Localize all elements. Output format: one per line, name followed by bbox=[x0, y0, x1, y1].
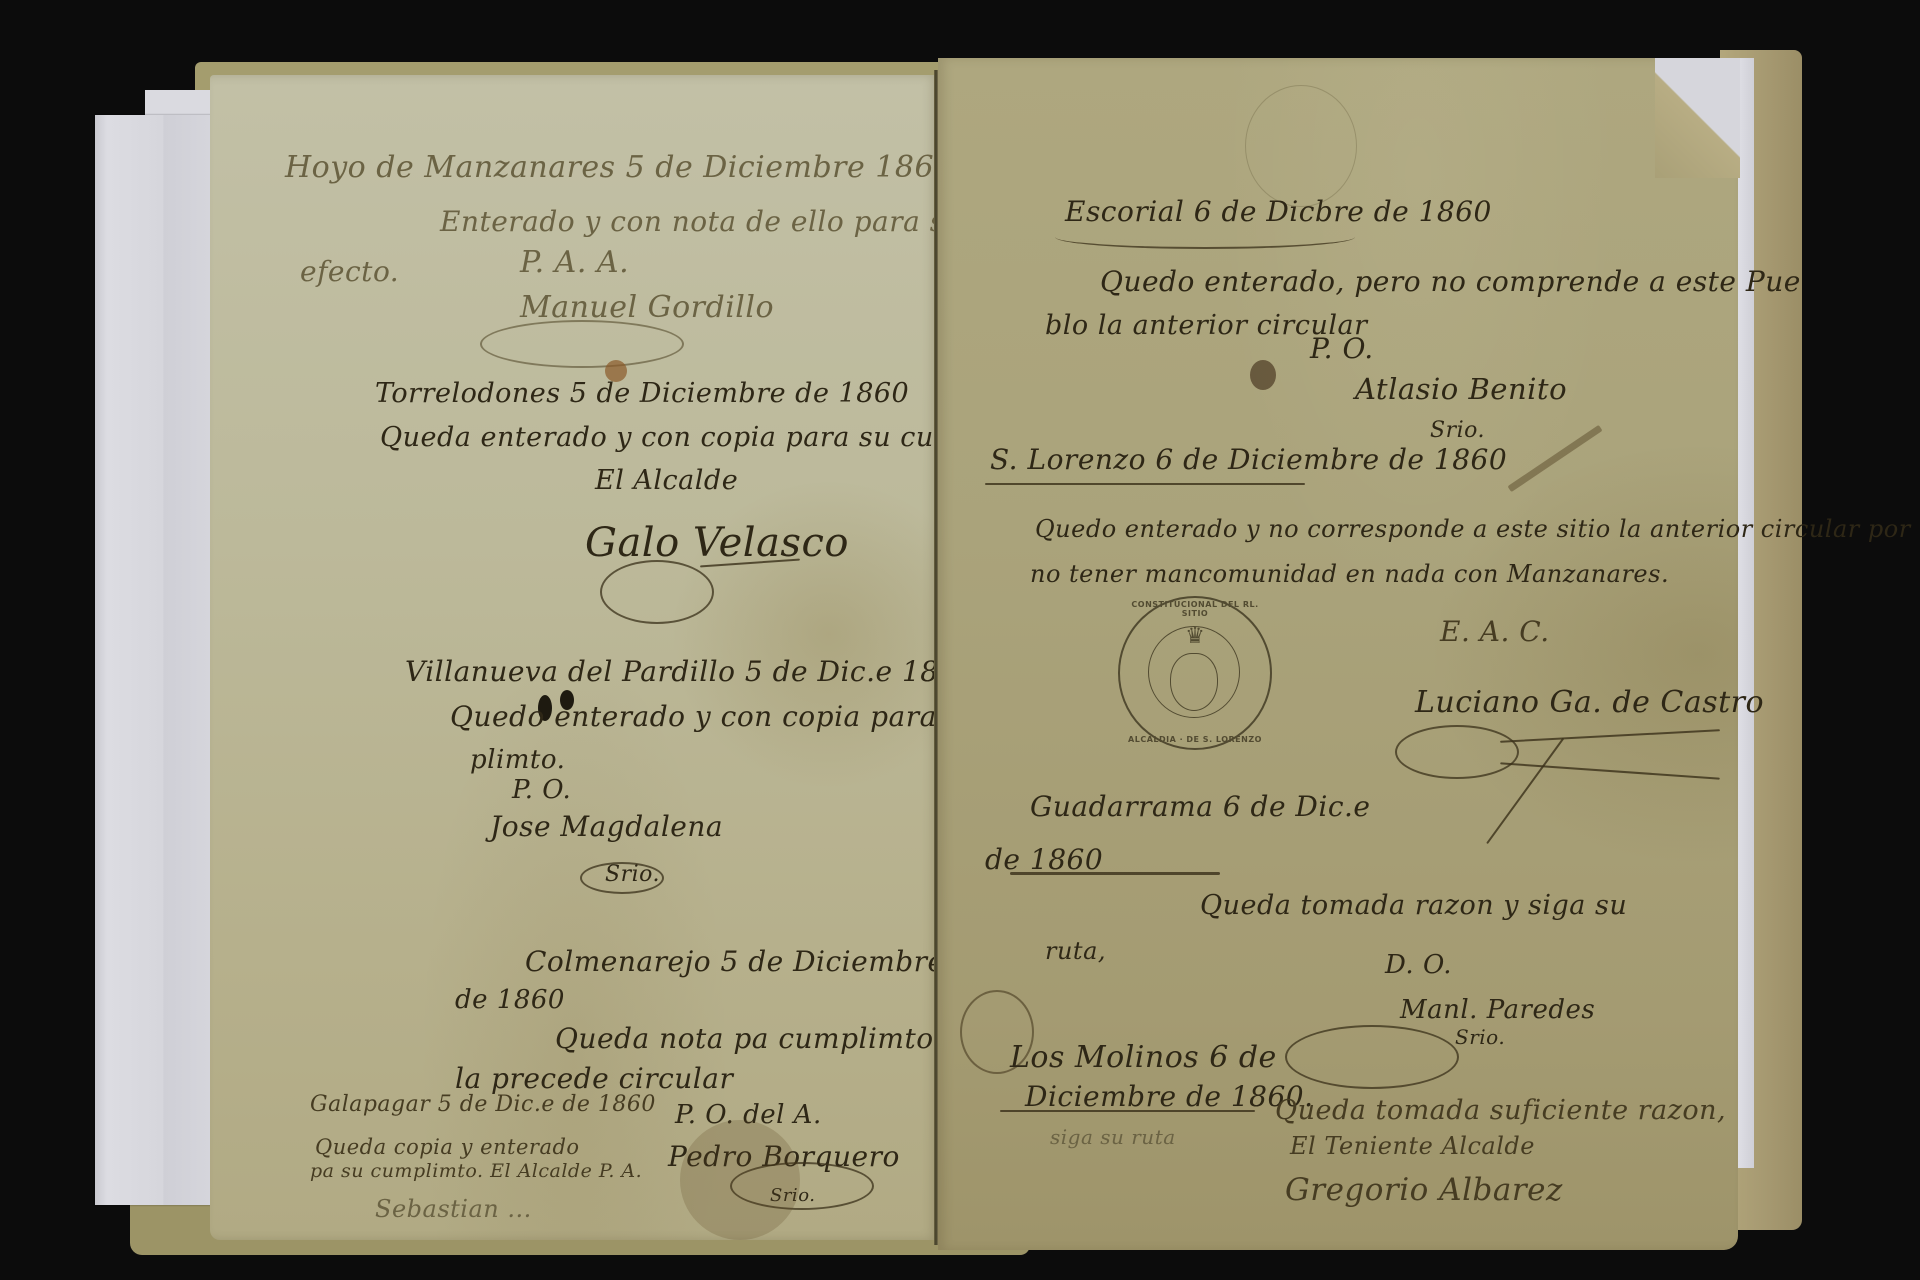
entry-body-line: Queda copia y enterado bbox=[315, 1135, 580, 1159]
embossed-stamp bbox=[1245, 85, 1357, 207]
entry-signature: Manl. Paredes bbox=[1400, 995, 1595, 1025]
entry-signature: Galo Velasco bbox=[585, 520, 849, 566]
entry-rubric: Srio. bbox=[1430, 418, 1485, 443]
entry-place-date: de 1860 bbox=[455, 985, 565, 1015]
date-underline bbox=[1000, 1110, 1255, 1112]
date-underline bbox=[1010, 872, 1220, 875]
entry-place-date: Guadarrama 6 de Dic.e bbox=[1030, 790, 1370, 823]
entry-body-line: Quedo enterado y no corresponde a este s… bbox=[1035, 515, 1911, 543]
entry-body-line: Queda tomada razon y siga su bbox=[1200, 890, 1627, 921]
entry-place-date: Villanueva del Pardillo 5 de Dic.e 1860 bbox=[405, 655, 975, 688]
date-underline bbox=[985, 483, 1305, 485]
entry-signature: Atlasio Benito bbox=[1355, 372, 1567, 406]
municipal-ink-seal: CONSTITUCIONAL DEL RL. SITIO ♛ ALCALDIA … bbox=[1118, 596, 1272, 750]
entry-body-line: Queda nota pa cumplimto de bbox=[555, 1022, 978, 1055]
entry-signoff: P. O. bbox=[1310, 332, 1374, 365]
entry-body-line: Enterado y con nota de ello para su bbox=[440, 205, 963, 238]
entry-body-line: Queda tomada suficiente razon, bbox=[1275, 1095, 1726, 1126]
entry-signoff: P. A. A. bbox=[520, 245, 629, 280]
signature-flourish bbox=[600, 560, 714, 624]
date-underline bbox=[1055, 225, 1355, 249]
entry-body-line: Quedo enterado, pero no comprende a este… bbox=[1100, 265, 1801, 298]
entry-signature: Sebastian ... bbox=[375, 1195, 532, 1223]
entry-place-date: Los Molinos 6 de bbox=[1010, 1040, 1277, 1075]
entry-place-date: Colmenarejo 5 de Diciembre bbox=[525, 945, 945, 978]
entry-rubric: Srio. bbox=[1455, 1025, 1505, 1049]
ink-blot bbox=[1250, 360, 1276, 390]
entry-place-date: Diciembre de 1860. bbox=[1025, 1080, 1314, 1113]
bleed-through-text: siga su ruta bbox=[1050, 1125, 1176, 1149]
crown-icon: ♛ bbox=[1120, 624, 1270, 649]
entry-signoff: E. A. C. bbox=[1440, 615, 1550, 648]
entry-signature: Jose Magdalena bbox=[490, 810, 723, 843]
entry-body-line: plimto. bbox=[470, 745, 565, 775]
entry-body-line: pa su cumplimto. El Alcalde P. A. bbox=[310, 1160, 642, 1182]
folded-corner bbox=[1655, 58, 1740, 178]
entry-signoff: P. O. bbox=[512, 775, 571, 805]
entry-body-line: efecto. bbox=[300, 255, 399, 288]
entry-rubric: Srio. bbox=[605, 862, 660, 887]
entry-place-date: Torrelodones 5 de Diciembre de 1860 bbox=[375, 378, 909, 409]
entry-signoff: El Alcalde bbox=[595, 465, 738, 496]
signature-flourish bbox=[480, 320, 684, 368]
entry-place-date: Galapagar 5 de Dic.e de 1860 bbox=[310, 1092, 656, 1117]
entry-signoff: D. O. bbox=[1385, 950, 1452, 980]
entry-place-date: Escorial 6 de Dicbre de 1860 bbox=[1065, 195, 1492, 228]
water-stain bbox=[680, 1120, 800, 1240]
entry-place-date: S. Lorenzo 6 de Diciembre de 1860 bbox=[990, 443, 1507, 476]
seal-text-top: CONSTITUCIONAL DEL RL. SITIO bbox=[1120, 600, 1270, 618]
coat-of-arms-icon bbox=[1170, 653, 1218, 711]
seal-text-bottom: ALCALDIA · DE S. LORENZO bbox=[1120, 735, 1270, 744]
book-gutter bbox=[934, 70, 938, 1245]
entry-signature: Luciano Ga. de Castro bbox=[1415, 685, 1764, 720]
entry-body-line: la precede circular bbox=[455, 1062, 733, 1095]
entry-body-line: no tener mancomunidad en nada con Manzan… bbox=[1030, 560, 1669, 588]
entry-signature: Gregorio Albarez bbox=[1285, 1172, 1563, 1208]
entry-body-line: ruta, bbox=[1045, 937, 1106, 965]
signature-flourish bbox=[1395, 725, 1519, 779]
entry-signoff: El Teniente Alcalde bbox=[1290, 1132, 1535, 1160]
entry-place-date: Hoyo de Manzanares 5 de Diciembre 1860 bbox=[285, 150, 954, 185]
